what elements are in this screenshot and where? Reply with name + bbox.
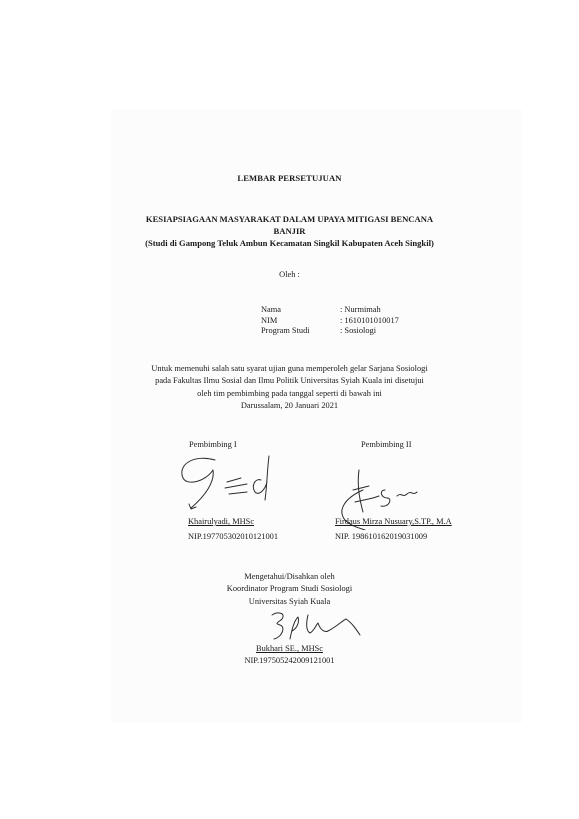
identity-label: NIM bbox=[261, 316, 340, 327]
thesis-title-line-1: KESIAPSIAGAAN MASYARAKAT DALAM UPAYA MIT… bbox=[0, 213, 579, 225]
statement-line: oleh tim pembimbing pada tanggal seperti… bbox=[0, 388, 579, 400]
supervisor-1-nip: NIP.197705302010121001 bbox=[188, 532, 278, 541]
supervisor-1-name: Khairulyadi, MHSc bbox=[188, 517, 254, 526]
identity-value: : 1610101010017 bbox=[340, 316, 399, 327]
identity-row-nim: NIM : 1610101010017 bbox=[261, 316, 399, 327]
supervisor-2-nip: NIP. 198610162019031009 bbox=[335, 532, 427, 541]
coordinator-approval: Mengetahui/Disahkan oleh Koordinator Pro… bbox=[0, 571, 579, 608]
approval-statement: Untuk memenuhi salah satu syarat ujian g… bbox=[0, 363, 579, 412]
statement-line: pada Fakultas Ilmu Sosial dan Ilmu Polit… bbox=[0, 375, 579, 387]
statement-line: Untuk memenuhi salah satu syarat ujian g… bbox=[0, 363, 579, 375]
identity-row-program: Program Studi : Sosiologi bbox=[261, 326, 399, 337]
coordinator-name: Bukhari SE., MHSc bbox=[0, 643, 579, 655]
coordinator-signature-icon bbox=[268, 609, 368, 645]
student-identity: Nama : Nurmimah NIM : 1610101010017 Prog… bbox=[261, 305, 399, 337]
approval-line: Koordinator Program Studi Sosiologi bbox=[0, 583, 579, 595]
supervisor-1-role: Pembimbing I bbox=[189, 440, 237, 449]
coordinator-block: Bukhari SE., MHSc NIP.197505242009121001 bbox=[0, 643, 579, 667]
thesis-subtitle: (Studi di Gampong Teluk Ambun Kecamatan … bbox=[0, 237, 579, 249]
identity-label: Program Studi bbox=[261, 326, 340, 337]
approval-line: Universitas Syiah Kuala bbox=[0, 596, 579, 608]
coordinator-nip: NIP.197505242009121001 bbox=[0, 655, 579, 667]
supervisor-2-role: Pembimbing II bbox=[361, 440, 411, 449]
identity-value: : Sosiologi bbox=[340, 326, 376, 337]
identity-row-name: Nama : Nurmimah bbox=[261, 305, 399, 316]
thesis-title: KESIAPSIAGAAN MASYARAKAT DALAM UPAYA MIT… bbox=[0, 213, 579, 249]
thesis-title-line-2: BANJIR bbox=[0, 225, 579, 237]
supervisor-2-name: Firdaus Mirza Nusuary,S.TP., M.A bbox=[335, 517, 452, 526]
identity-value: : Nurmimah bbox=[340, 305, 381, 316]
by-label: Oleh : bbox=[0, 270, 579, 279]
approval-line: Mengetahui/Disahkan oleh bbox=[0, 571, 579, 583]
statement-date: Darussalam, 20 Januari 2021 bbox=[0, 400, 579, 412]
supervisor-1-signature-icon bbox=[175, 452, 285, 512]
identity-label: Nama bbox=[261, 305, 340, 316]
document-heading: LEMBAR PERSETUJUAN bbox=[0, 173, 579, 183]
